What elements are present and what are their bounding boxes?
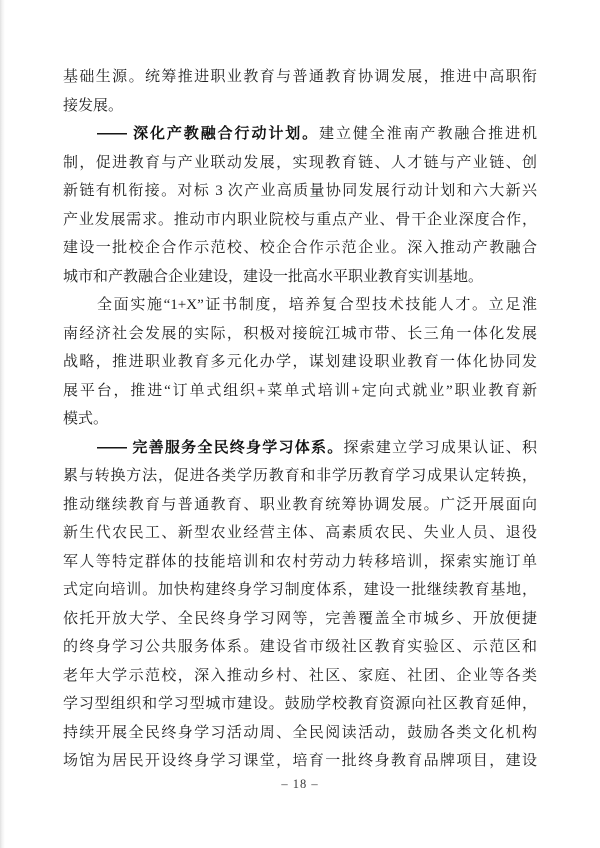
text-line: 产业发展需求。推动市内职业院校与重点产业、骨干企业深度合作，	[63, 206, 537, 235]
text-line: 基础生源。统筹推进职业教育与普通教育协调发展，推进中高职衔	[63, 63, 537, 92]
text-line: 接发展。	[63, 92, 537, 121]
text-line: 式定向培训。加快构建终身学习制度体系，建设一批继续教育基地，	[63, 576, 537, 605]
text-line: 老年大学示范校，深入推动乡村、社区、家庭、社团、企业等各类	[63, 662, 537, 691]
text-line: 模式。	[63, 405, 537, 434]
text-line: 推动继续教育与普通教育、职业教育统筹协调发展。广泛开展面向	[63, 491, 537, 520]
section-heading: —— 完善服务全民终身学习体系。	[97, 439, 343, 456]
section-heading-line: —— 深化产教融合行动计划。建立健全淮南产教融合推进机	[63, 120, 537, 149]
text-line: 建设一批校企合作示范校、校企合作示范企业。深入推动产教融合	[63, 234, 537, 263]
text-line: 军人等特定群体的技能培训和农村劳动力转移培训，探索实施订单	[63, 548, 537, 577]
section-heading: —— 深化产教融合行动计划。	[97, 125, 319, 142]
paragraph-first-line: 全面实施“1+X”证书制度，培养复合型技术技能人才。立足淮	[63, 291, 537, 320]
text-line: 南经济社会发展的实际，积极对接皖江城市带、长三角一体化发展	[63, 320, 537, 349]
text-line: 学习型组织和学习型城市建设。鼓励学校教育资源向社区教育延伸，	[63, 690, 537, 719]
document-page: 基础生源。统筹推进职业教育与普通教育协调发展，推进中高职衔 接发展。 —— 深化…	[0, 0, 600, 848]
page-number: – 18 –	[63, 777, 537, 792]
scan-edge-shadow	[0, 0, 5, 848]
text-line: 持续开展全民终身学习活动周、全民阅读活动，鼓励各类文化机构	[63, 719, 537, 748]
text-line: 场馆为居民开设终身学习课堂，培育一批终身教育品牌项目，建设	[63, 747, 537, 776]
text-line: 累与转换方法，促进各类学历教育和非学历教育学习成果认定转换，	[63, 462, 537, 491]
text-line: 新生代农民工、新型农业经营主体、高素质农民、失业人员、退役	[63, 519, 537, 548]
page-body-text: 基础生源。统筹推进职业教育与普通教育协调发展，推进中高职衔 接发展。 —— 深化…	[63, 63, 537, 776]
text-line: 城市和产教融合企业建设，建设一批高水平职业教育实训基地。	[63, 263, 537, 292]
text-line: 展平台，推进“订单式组织+菜单式培训+定向式就业”职业教育新	[63, 377, 537, 406]
text-line: 战略，推进职业教育多元化办学，谋划建设职业教育一体化协同发	[63, 348, 537, 377]
text-line: 依托开放大学、全民终身学习网等，完善覆盖全市城乡、开放便捷	[63, 605, 537, 634]
text-line: 的终身学习公共服务体系。建设省市级社区教育实验区、示范区和	[63, 633, 537, 662]
section-heading-line: —— 完善服务全民终身学习体系。探索建立学习成果认证、积	[63, 434, 537, 463]
text-line: 新链有机衔接。对标 3 次产业高质量协同发展行动计划和六大新兴	[63, 177, 537, 206]
text-line: 制，促进教育与产业联动发展，实现教育链、人才链与产业链、创	[63, 149, 537, 178]
